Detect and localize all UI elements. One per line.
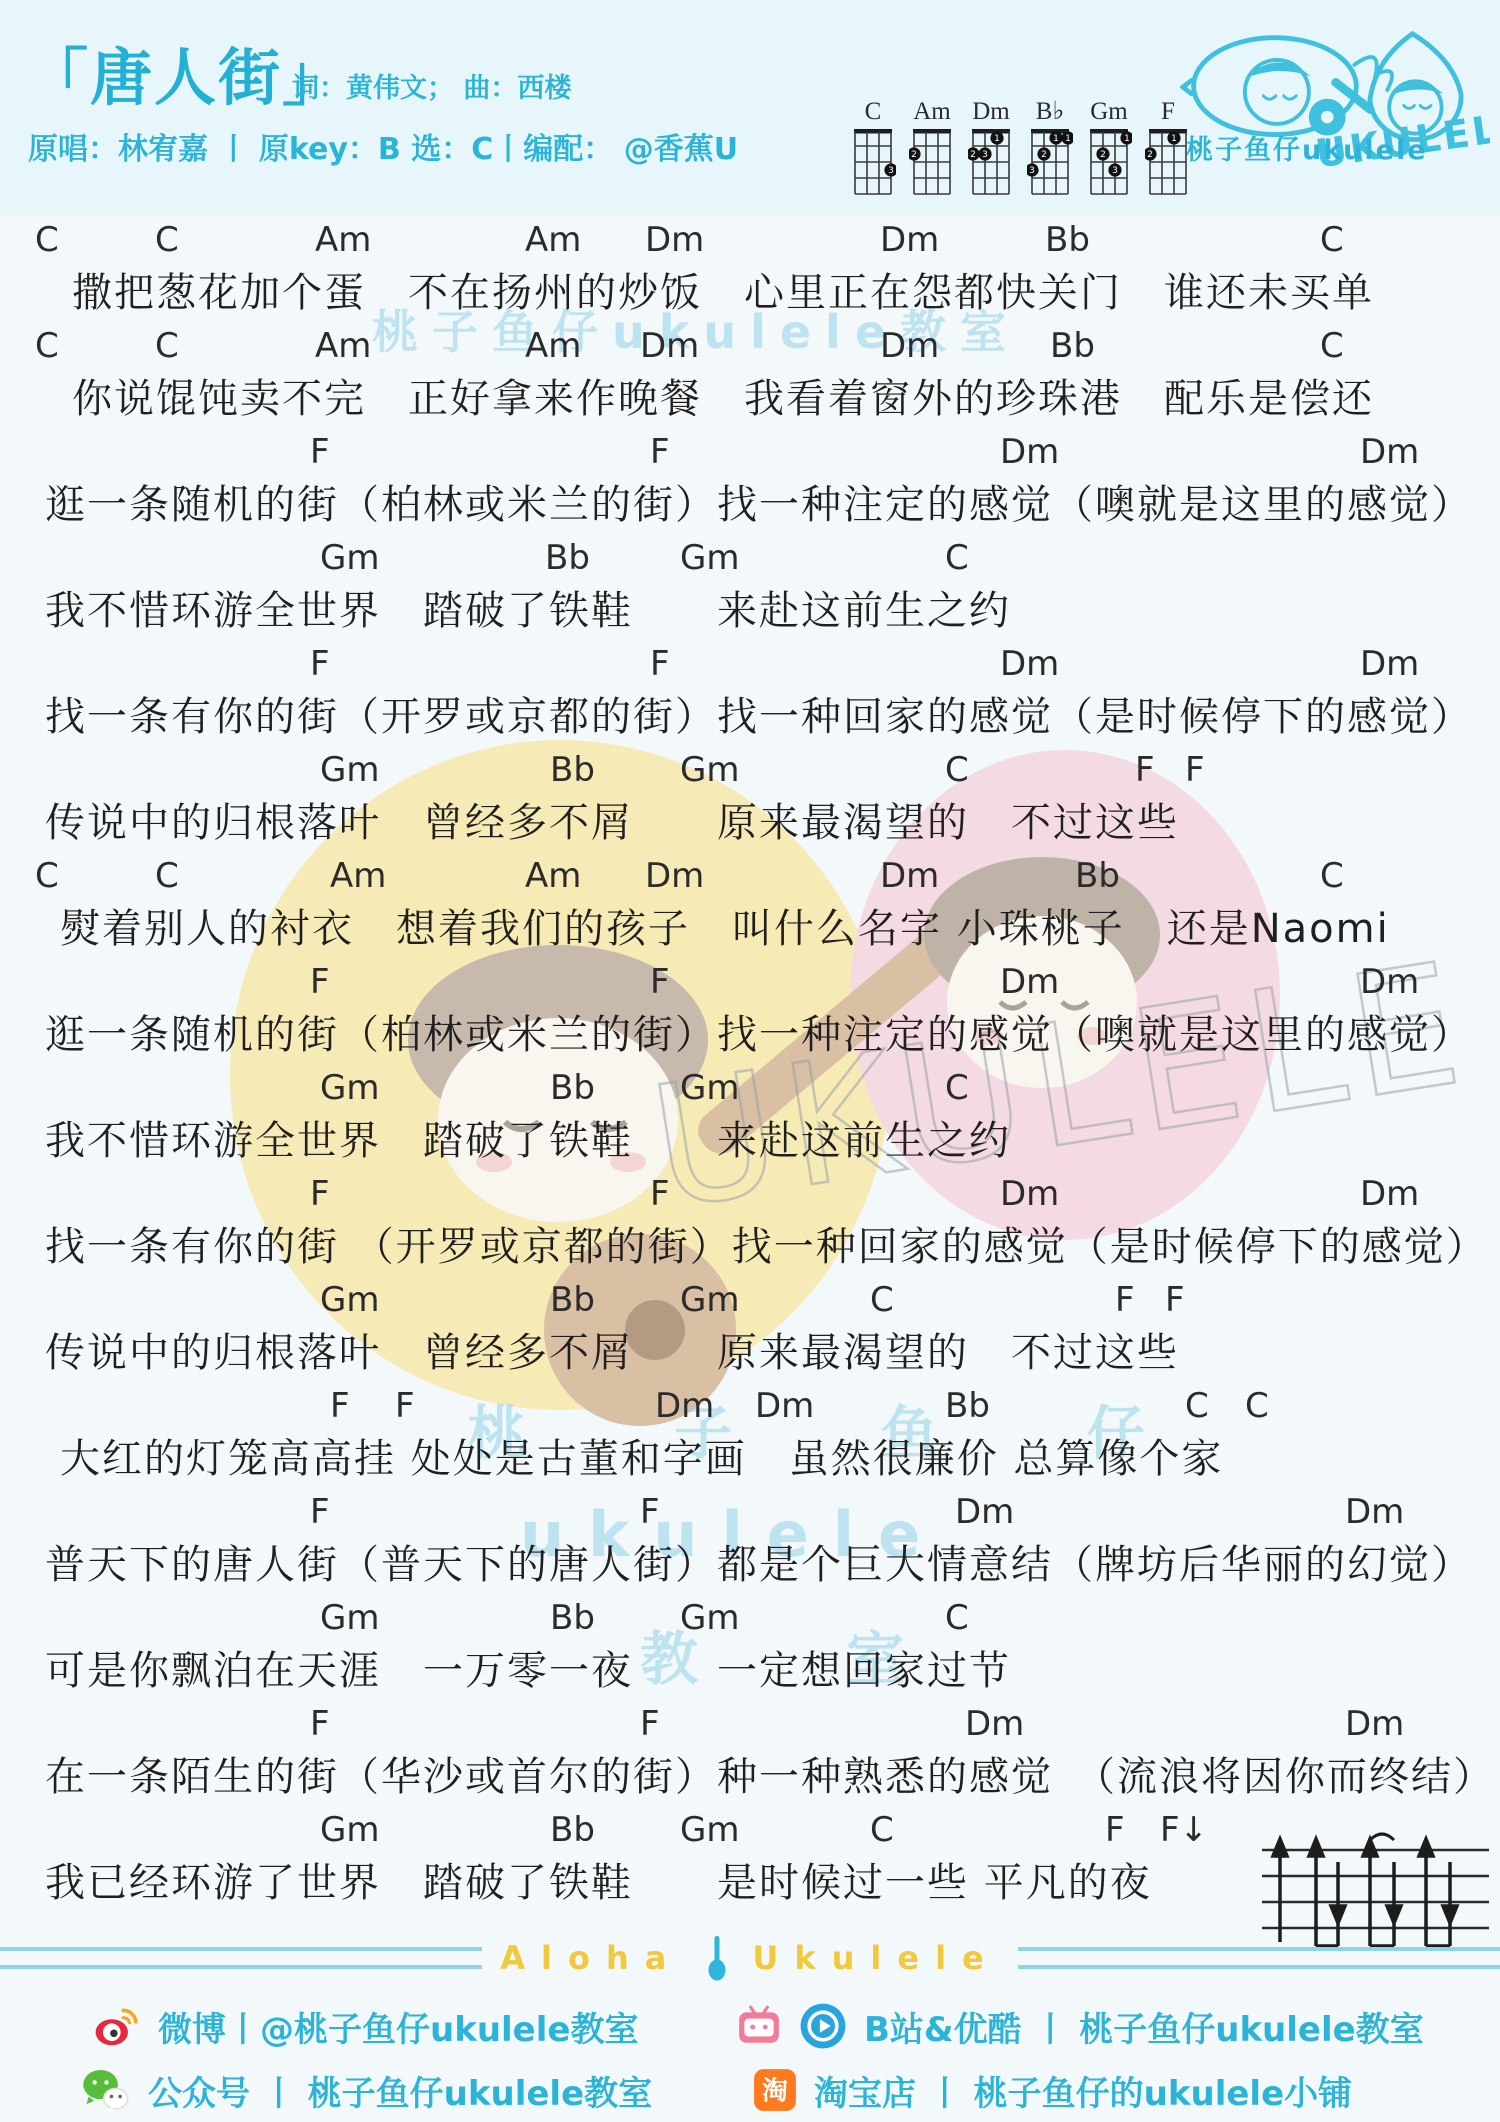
lyricist-composer: 词：黄伟文； 曲：西楼 [292,66,571,105]
song-meta: 原唱：林宥嘉 丨 原key：B 选：C丨编配： @香蕉U [28,124,738,168]
svg-text:3: 3 [982,150,988,160]
chord-label: C [35,220,59,260]
chord-label: F [640,1704,660,1744]
svg-text:2: 2 [1041,150,1047,160]
header-band: 「唐人街」 词：黄伟文； 曲：西楼 原唱：林宥嘉 丨 原key：B 选：C丨编配… [0,0,1500,216]
lyric-text: 撒把葱花加个蛋 不在扬州的炒饭 心里正在怨都快关门 谁还未买单 [0,264,1500,324]
lyric-text: 逛一条随机的街（柏林或米兰的街）找一种注定的感觉（噢就是这里的感觉） [0,476,1500,536]
chord-name: Am [909,98,955,126]
wechat-icon [80,2064,132,2116]
chord-label: Dm [1360,432,1419,472]
lyric-text: 传说中的归根落叶 曾经多不屑 原来最渴望的 不过这些 [0,794,1500,854]
weibo-icon [92,2001,142,2051]
divider-word-aloha: Aloha [500,1939,682,1977]
chord-label: Dm [640,326,699,366]
chord-label: F [1115,1280,1135,1320]
brand-caption: 桃子鱼仔ukulele [1186,128,1428,167]
chord-label: Dm [645,856,704,896]
chord-label: Bb [550,1280,595,1320]
svg-text:3: 3 [1112,166,1118,176]
lyric-line: GmBbGmC我不惜环游全世界 踏破了铁鞋 来赴这前生之约 [0,1066,1500,1172]
chord-label: F [310,1704,330,1744]
chord-label: Gm [320,1598,379,1638]
chord-label: F [1185,750,1205,790]
lyric-line: GmBbGmC我不惜环游全世界 踏破了铁鞋 来赴这前生之约 [0,536,1500,642]
chord-label: F [310,1174,330,1214]
chord-label: Dm [1345,1492,1404,1532]
chord-label: C [1320,220,1344,260]
chord-label: Dm [965,1704,1024,1744]
chord-label: Bb [1045,220,1090,260]
ukulele-icon [706,1935,728,1981]
lyric-line: FFDmDm逛一条随机的街（柏林或米兰的街）找一种注定的感觉（噢就是这里的感觉） [0,430,1500,536]
chord-diagram-Am: Am2 [909,98,955,202]
svg-text:2: 2 [970,150,976,160]
footer-video-channels[interactable]: B站&优酷 丨 桃子鱼仔ukulele教室 [736,1998,1424,2054]
chord-diagram-legend: C3Am2Dm123B♭1123Gm123F12 [850,98,1191,202]
chord-label: C [1320,856,1344,896]
lyric-line: FFDmDm找一条有你的街（开罗或京都的街）找一种回家的感觉（是时候停下的感觉） [0,642,1500,748]
lyric-text: 熨着别人的衬衣 想着我们的孩子 叫什么名字 小珠桃子 还是Naomi [0,900,1500,960]
chord-label: Am [525,220,581,260]
chord-label: C [155,326,179,366]
chord-name: Gm [1086,98,1132,126]
brand-logo: UKULELE [1180,12,1490,198]
chord-label: Dm [880,856,939,896]
chord-diagram-C: C3 [850,98,896,202]
svg-text:1: 1 [1171,134,1177,144]
chord-diagram-Dm: Dm123 [968,98,1014,202]
chord-label: F [310,432,330,472]
chord-diagram-Gm: Gm123 [1086,98,1132,202]
divider-word-ukulele: Ukulele [752,1939,999,1977]
chord-label: F [310,644,330,684]
lyric-line: CCAmAmDmDmBbC你说馄饨卖不完 正好拿来作晚餐 我看着窗外的珍珠港 配… [0,324,1500,430]
chord-label: Dm [1000,1174,1059,1214]
lyric-line: FFDmDmBbCC大红的灯笼高高挂 处处是古董和字画 虽然很廉价 总算像个家 [0,1384,1500,1490]
chord-label: Bb [550,1068,595,1108]
lyric-line: CCAmAmDmDmBbC熨着别人的衬衣 想着我们的孩子 叫什么名字 小珠桃子 … [0,854,1500,960]
lyric-line: GmBbGmC可是你飘泊在天涯 一万零一夜 一定想回家过节 [0,1596,1500,1702]
chord-label: Gm [680,538,739,578]
chord-label: C [1245,1386,1269,1426]
svg-text:2: 2 [1147,150,1153,160]
chord-label: Gm [320,1068,379,1108]
lyric-text: 找一条有你的街 （开罗或京都的街）找一种回家的感觉（是时候停下的感觉） [0,1218,1500,1278]
chord-label: Dm [880,326,939,366]
chord-label: Gm [320,1810,379,1850]
footer-wechat[interactable]: 公众号 丨 桃子鱼仔ukulele教室 [80,2062,652,2118]
chord-label: C [945,538,969,578]
chord-label: F [310,1492,330,1532]
chord-label: F [330,1386,350,1426]
svg-text:淘: 淘 [762,2076,788,2106]
chord-label: F [1165,1280,1185,1320]
lyric-line: FFDmDm普天下的唐人街（普天下的唐人街）都是个巨大情意结（牌坊后华丽的幻觉） [0,1490,1500,1596]
chord-label: Am [315,326,371,366]
svg-text:2: 2 [911,150,917,160]
chord-label: C [945,1068,969,1108]
chord-label: C [1320,326,1344,366]
chord-label: Bb [550,750,595,790]
chord-label: C [945,750,969,790]
chord-label: Dm [655,1386,714,1426]
chord-label: F [1135,750,1155,790]
chord-label: Dm [1360,644,1419,684]
chord-label: Bb [545,538,590,578]
svg-text:3: 3 [1029,166,1035,176]
svg-text:1: 1 [994,134,1000,144]
chord-label: Gm [680,1598,739,1638]
chord-label: F [395,1386,415,1426]
chord-label: Am [330,856,386,896]
svg-text:2: 2 [1100,150,1106,160]
lyric-text: 传说中的归根落叶 曾经多不屑 原来最渴望的 不过这些 [0,1324,1500,1384]
chord-label: Dm [1000,432,1059,472]
svg-text:1: 1 [1124,134,1130,144]
chord-label: Am [525,856,581,896]
chord-label: Gm [320,1280,379,1320]
lyric-text: 可是你飘泊在天涯 一万零一夜 一定想回家过节 [0,1642,1500,1702]
svg-text:1: 1 [1053,134,1059,144]
chord-label: Bb [1050,326,1095,366]
footer-taobao[interactable]: 淘 淘宝店 丨 桃子鱼仔的ukulele小铺 [752,2062,1352,2118]
bilibili-icon [736,2003,782,2049]
lyric-text: 找一条有你的街（开罗或京都的街）找一种回家的感觉（是时候停下的感觉） [0,688,1500,748]
chord-label: C [35,326,59,366]
footer-weibo[interactable]: 微博丨@桃子鱼仔ukulele教室 [92,1998,638,2054]
chord-label: Dm [1000,962,1059,1002]
aloha-divider: Aloha Ukulele [0,1936,1500,1980]
lyric-text: 大红的灯笼高高挂 处处是古董和字画 虽然很廉价 总算像个家 [0,1430,1500,1490]
divider-line-right [1018,1947,1500,1969]
chord-label: F [640,1492,660,1532]
chord-label: Dm [880,220,939,260]
chord-label: Dm [1360,1174,1419,1214]
chord-label: Gm [680,1280,739,1320]
chord-label: C [870,1810,894,1850]
play-icon [798,2001,848,2051]
chord-label: C [155,856,179,896]
chord-label: C [155,220,179,260]
divider-line-left [0,1947,482,1969]
chord-name: C [850,98,896,126]
lyric-text: 我不惜环游全世界 踏破了铁鞋 来赴这前生之约 [0,1112,1500,1172]
svg-text:3: 3 [888,166,894,176]
taobao-icon: 淘 [752,2067,798,2113]
chord-label: Dm [1000,644,1059,684]
chord-label: F [650,962,670,1002]
chord-label: Am [525,326,581,366]
chord-label: C [870,1280,894,1320]
lyric-text: 我不惜环游全世界 踏破了铁鞋 来赴这前生之约 [0,582,1500,642]
chord-label: Dm [645,220,704,260]
chord-diagram-B♭: B♭1123 [1027,98,1073,202]
lyric-text: 普天下的唐人街（普天下的唐人街）都是个巨大情意结（牌坊后华丽的幻觉） [0,1536,1500,1596]
lyric-text: 在一条陌生的街（华沙或首尔的街）种一种熟悉的感觉 （流浪将因你而终结） [0,1748,1500,1808]
chord-label: Bb [1075,856,1120,896]
chord-label: Gm [680,750,739,790]
chord-label: Gm [680,1810,739,1850]
chord-label: Gm [320,750,379,790]
chord-label: F [650,432,670,472]
chord-label: C [35,856,59,896]
chord-label: Gm [320,538,379,578]
chord-label: F [650,1174,670,1214]
lyric-text: 逛一条随机的街（柏林或米兰的街）找一种注定的感觉（噢就是这里的感觉） [0,1006,1500,1066]
lyric-line: FFDmDm找一条有你的街 （开罗或京都的街）找一种回家的感觉（是时候停下的感觉… [0,1172,1500,1278]
lyric-line: CCAmAmDmDmBbC撒把葱花加个蛋 不在扬州的炒饭 心里正在怨都快关门 谁… [0,218,1500,324]
chord-label: Dm [1360,962,1419,1002]
lyric-line: GmBbGmCFF传说中的归根落叶 曾经多不屑 原来最渴望的 不过这些 [0,748,1500,854]
lyric-line: GmBbGmCFF传说中的归根落叶 曾经多不屑 原来最渴望的 不过这些 [0,1278,1500,1384]
chord-label: F [310,962,330,1002]
chord-label: F [1105,1810,1125,1850]
lyric-line: FFDmDm逛一条随机的街（柏林或米兰的街）找一种注定的感觉（噢就是这里的感觉） [0,960,1500,1066]
lyric-text: 你说馄饨卖不完 正好拿来作晚餐 我看着窗外的珍珠港 配乐是偿还 [0,370,1500,430]
chord-label: Dm [955,1492,1014,1532]
chord-label: Bb [945,1386,990,1426]
chord-label: Gm [680,1068,739,1108]
chord-label: Am [315,220,371,260]
chord-label: Bb [550,1598,595,1638]
chord-name: B♭ [1027,98,1073,126]
chord-name: Dm [968,98,1014,126]
chord-label: Bb [550,1810,595,1850]
chord-label: F↓ [1160,1810,1208,1850]
chord-label: Dm [755,1386,814,1426]
svg-text:1: 1 [1065,134,1071,144]
lyric-line: FFDmDm在一条陌生的街（华沙或首尔的街）种一种熟悉的感觉 （流浪将因你而终结… [0,1702,1500,1808]
chord-label: F [650,644,670,684]
chord-label: Dm [1345,1704,1404,1744]
lyrics-sheet: CCAmAmDmDmBbC撒把葱花加个蛋 不在扬州的炒饭 心里正在怨都快关门 谁… [0,218,1500,1914]
chord-label: C [945,1598,969,1638]
chord-label: C [1185,1386,1209,1426]
